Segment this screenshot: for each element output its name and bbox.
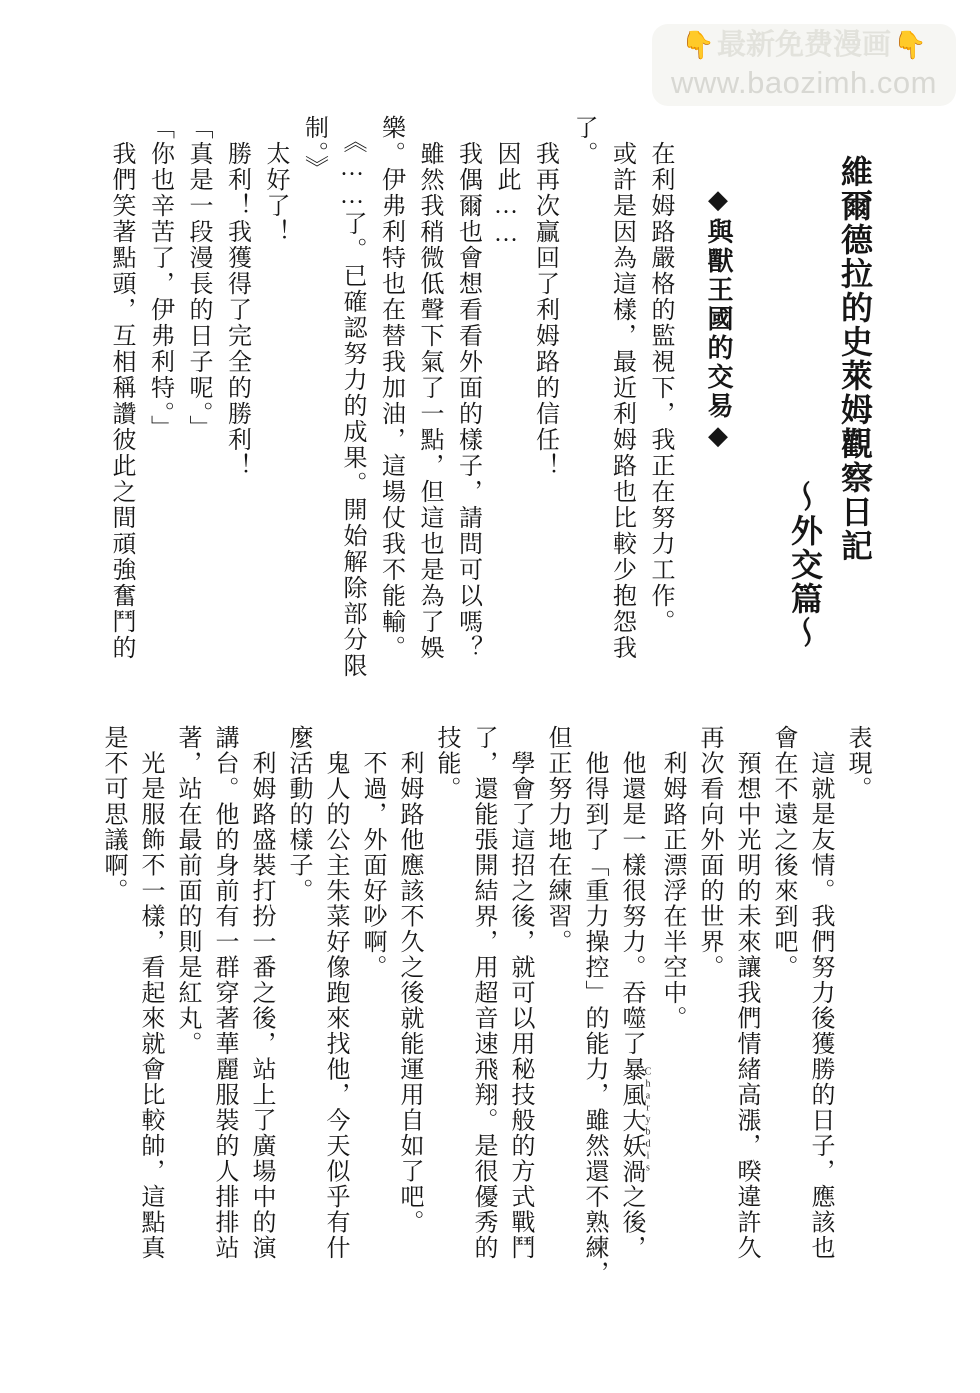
text-line: 「你也辛苦了，伊弗利特。」 [140,115,179,687]
text-line: 預想中光明的未來讓我們情緒高漲，暌違許久 [727,725,764,1339]
text-line: 鬼人的公主朱菜好像跑來找他，今天似乎有什 [316,725,353,1339]
text-line: 勝利！我獲得了完全的勝利！ [217,115,256,687]
text-line: 利姆路他應該不久之後就能運用自如了吧。 [390,725,427,1339]
watermark-text: 最新免费漫画 [717,27,891,63]
top-text-block: 在利姆路嚴格的監視下，我正在努力工作。 或許是因為這樣，最近利姆路也比較少抱怨我… [102,115,680,687]
page-subtitle: ～外交篇～ [780,115,830,687]
text-line: 但正努力地在練習。 [538,725,575,1339]
text-line: 再次看向外面的世界。 [690,725,727,1339]
text-line: 不過，外面好吵啊。 [353,725,390,1339]
text-line: 麼活動的樣子。 [279,725,316,1339]
ruby-term: 暴風大妖渦Charybdis [618,1057,644,1185]
text-line: 「真是一段漫長的日子呢。」 [179,115,218,687]
watermark-title: 👇 最新免费漫画 👇 [681,27,926,63]
text-line: 這就是友情。我們努力後獲勝的日子，應該也 [801,725,838,1339]
text-line: 了。 [564,115,603,687]
text-line: 我再次贏回了利姆路的信任！ [525,115,564,687]
text-line: 利姆路正漂浮在半空中。 [653,725,690,1339]
bottom-text-block: 表現。 這就是友情。我們努力後獲勝的日子，應該也會在不遠之後來到吧。 預想中光明… [94,725,875,1339]
text-line: 表現。 [838,725,875,1339]
text-line: 講台。他的身前有一群穿著華麗服裝的人排排站 [205,725,242,1339]
text-line: 技能。 [427,725,464,1339]
text-line: 利姆路盛裝打扮一番之後，站上了廣場中的演 [242,725,279,1339]
text-line: 著，站在最前面的則是紅丸。 [168,725,205,1339]
text-line: 光是服飾不一樣，看起來就會比較帥，這點真 [131,725,168,1339]
novel-text-top: 維爾德拉的史萊姆觀察日記 ～外交篇～ ◆與獸王國的交易◆ 在利姆路嚴格的監視下，… [102,115,881,687]
text-line: 雖然我稍微低聲下氣了一點，但這也是為了娛 [410,115,449,687]
text-line: 了，還能張開結界，用超音速飛翔。是很優秀的 [464,725,501,1339]
text-line: 學會了這招之後，就可以用秘技般的方式戰鬥 [501,725,538,1339]
text-line: 我偶爾也會想看看外面的樣子，請問可以嗎？ [448,115,487,687]
page-title: 維爾德拉的史萊姆觀察日記 [830,115,880,687]
text-line: 是不可思議啊。 [94,725,131,1339]
watermark-badge[interactable]: 👇 最新免费漫画 👇 www.baozimh.com [652,24,956,106]
text-line: 他還是一樣很努力。吞噬了暴風大妖渦Charybdis之後， [612,725,653,1339]
text-line: 我們笑著點頭，互相稱讚彼此之間頑強奮鬥的 [102,115,141,687]
novel-text-bottom: 表現。 這就是友情。我們努力後獲勝的日子，應該也會在不遠之後來到吧。 預想中光明… [94,725,875,1339]
text-line: 在利姆路嚴格的監視下，我正在努力工作。 [641,115,680,687]
text-line: 樂。伊弗利特也在替我加油，這場仗我不能輸。 [371,115,410,687]
finger-down-icon: 👇 [893,27,927,63]
text-line: 或許是因為這樣，最近利姆路也比較少抱怨我 [602,115,641,687]
finger-down-icon: 👇 [681,27,715,63]
text-line: 制。》 [294,115,333,687]
novel-page: 👇 最新免费漫画 👇 www.baozimh.com 維爾德拉的史萊姆觀察日記 … [0,0,980,1393]
text-line: 因此…… [487,115,526,687]
section-heading: ◆與獸王國的交易◆ [701,115,735,687]
text-line: 太好了！ [256,115,295,687]
watermark-url[interactable]: www.baozimh.com [671,63,937,103]
text-line: 他得到了「重力操控」的能力，雖然還不熟練， [575,725,612,1339]
ruby-annotation: Charybdis [643,1057,654,1185]
text-line: 會在不遠之後來到吧。 [764,725,801,1339]
text-line: 《……了。已確認努力的成果。開始解除部分限 [333,115,372,687]
